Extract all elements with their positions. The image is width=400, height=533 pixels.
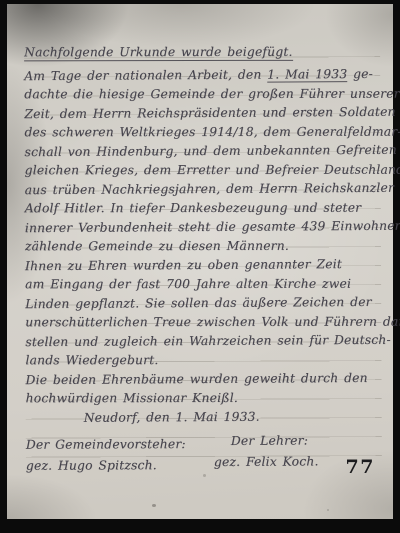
signature-name-right: gez. Felix Koch. bbox=[214, 452, 319, 472]
paper-speck bbox=[327, 509, 329, 511]
handwritten-line: Linden gepflanzt. Sie sollen das äußere … bbox=[25, 293, 381, 314]
line1-underlined-date: 1. Mai 1933 bbox=[267, 67, 347, 83]
handwritten-line: gleichen Krieges, dem Erretter und Befre… bbox=[25, 161, 381, 181]
signature-name-left: gez. Hugo Spitzsch. bbox=[26, 458, 157, 473]
signature-block: Der Gemeindevorsteher: Der Lehrer: gez. … bbox=[26, 431, 382, 475]
handwritten-line: stellen und zugleich ein Wahrzeichen sei… bbox=[25, 331, 381, 352]
handwritten-line: dachte die hiesige Gemeinde der großen F… bbox=[24, 85, 380, 105]
handwritten-line: innerer Verbundenheit steht die gesamte … bbox=[25, 217, 381, 238]
paper-speck bbox=[203, 474, 206, 477]
signature-role-left: Der Gemeindevorsteher: bbox=[26, 437, 186, 452]
page-number: 77 bbox=[346, 456, 375, 478]
line1-prefix: Am Tage der nationalen Arbeit, den bbox=[24, 68, 267, 84]
handwritten-line: Am Tage der nationalen Arbeit, den 1. Ma… bbox=[24, 65, 380, 86]
handwritten-line: Die beiden Ehrenbäume wurden geweiht dur… bbox=[25, 369, 381, 390]
handwritten-line: des schweren Weltkrieges 1914/18, dem Ge… bbox=[24, 123, 380, 143]
signature-roles-row: Der Gemeindevorsteher: Der Lehrer: bbox=[26, 431, 382, 454]
heading-text: Nachfolgende Urkunde wurde beigefügt. bbox=[24, 45, 293, 61]
handwritten-line: Zeit, dem Herrn Reichspräsidenten und er… bbox=[24, 103, 380, 124]
signature-role-right: Der Lehrer: bbox=[231, 431, 308, 450]
handwritten-line: am Eingang der fast 700 Jahre alten Kirc… bbox=[25, 275, 381, 295]
handwritten-line: lands Wiedergeburt. bbox=[25, 351, 381, 371]
paper-speck bbox=[152, 504, 156, 507]
handwritten-content: Nachfolgende Urkunde wurde beigefügt. Am… bbox=[24, 41, 382, 475]
signature-names-row: gez. Hugo Spitzsch. gez. Felix Koch. bbox=[26, 452, 382, 475]
chronicle-page: Nachfolgende Urkunde wurde beigefügt. Am… bbox=[7, 4, 393, 519]
line1-suffix: ge- bbox=[347, 67, 373, 81]
scanned-page-photo: Nachfolgende Urkunde wurde beigefügt. Am… bbox=[0, 0, 400, 533]
handwritten-line: Ihnen zu Ehren wurden zu oben genannter … bbox=[25, 255, 381, 276]
handwritten-line: zählende Gemeinde zu diesen Männern. bbox=[25, 237, 381, 257]
handwritten-line: hochwürdigen Missionar Kneißl. bbox=[26, 389, 382, 409]
handwritten-line: Adolf Hitler. In tiefer Dankesbezeugung … bbox=[25, 199, 381, 219]
handwritten-line: schall von Hindenburg, und dem unbekannt… bbox=[24, 141, 380, 162]
dateline: Neudorf, den 1. Mai 1933. bbox=[84, 407, 382, 428]
handwritten-line: unerschütterlichen Treue zwischen Volk u… bbox=[25, 313, 381, 333]
handwritten-line: aus trüben Nachkriegsjahren, dem Herrn R… bbox=[25, 179, 381, 200]
document-heading: Nachfolgende Urkunde wurde beigefügt. bbox=[24, 42, 380, 67]
